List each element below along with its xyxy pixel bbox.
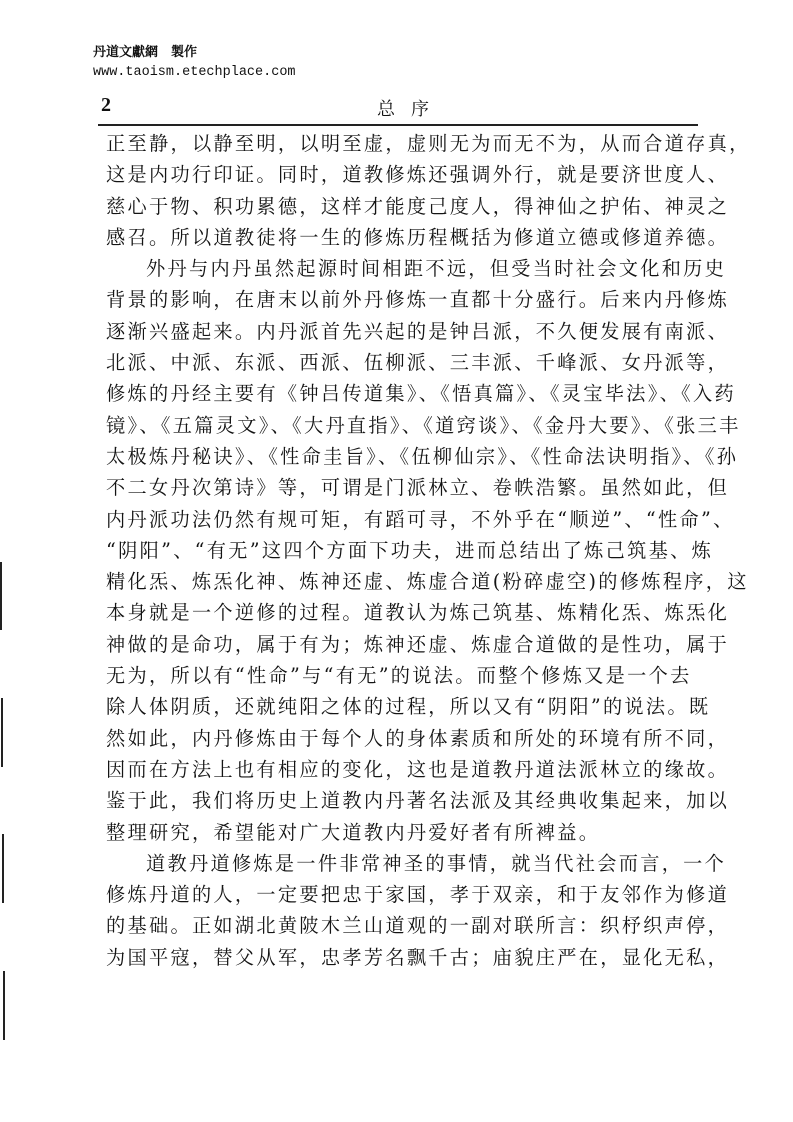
text-line: 无为，所以有“性命”与“有无”的说法。而整个修炼又是一个去 [106,660,706,691]
watermark-site-name: 丹道文獻網 製作 [93,46,296,64]
scan-margin-mark [3,971,5,1040]
text-line: 神做的是命功，属于有为；炼神还虚、炼虚合道做的是性功，属于 [106,629,706,660]
text-line: 北派、中派、东派、西派、伍柳派、三丰派、千峰派、女丹派等， [106,347,706,378]
scan-margin-mark [1,698,3,767]
text-line: 这是内功行印证。同时，道教修炼还强调外行，就是要济世度人、 [106,159,706,190]
text-line: 感召。所以道教徒将一生的修炼历程概括为修道立德或修道养德。 [106,222,706,253]
body-text: 正至静，以静至明，以明至虚，虚则无为而无不为，从而合道存真， 这是内功行印证。同… [106,128,706,973]
text-line: 精化炁、炼炁化神、炼神还虚、炼虚合道(粉碎虚空)的修炼程序，这 [106,566,706,597]
text-line: 整理研究，希望能对广大道教内丹爱好者有所裨益。 [106,817,706,848]
text-line: 正至静，以静至明，以明至虚，虚则无为而无不为，从而合道存真， [106,128,706,159]
text-line: 镜》、《五篇灵文》、《大丹直指》、《道窍谈》、《金丹大要》、《张三丰 [106,410,706,441]
text-line: 修炼的丹经主要有《钟吕传道集》、《悟真篇》、《灵宝毕法》、《入药 [106,378,706,409]
text-line: 除人体阴质，还就纯阳之体的过程，所以又有“阴阳”的说法。既 [106,691,706,722]
watermark-url: www.taoism.etechplace.com [93,66,296,80]
text-line: 背景的影响，在唐末以前外丹修炼一直都十分盛行。后来内丹修炼 [106,284,706,315]
text-line: 鉴于此，我们将历史上道教内丹著名法派及其经典收集起来，加以 [106,785,706,816]
text-line: 然如此，内丹修炼由于每个人的身体素质和所处的环境有所不同， [106,723,706,754]
text-line: 逐渐兴盛起来。内丹派首先兴起的是钟吕派，不久便发展有南派、 [106,316,706,347]
running-head: 2 总序 [98,92,698,126]
text-line: 为国平寇，替父从军，忠孝芳名飘千古；庙貌庄严在，显化无私， [106,942,706,973]
text-line: 的基础。正如湖北黄陂木兰山道观的一副对联所言：织杼织声停， [106,910,706,941]
text-line: “阴阳”、“有无”这四个方面下功夫，进而总结出了炼己筑基、炼 [106,535,706,566]
paragraph-first-line: 外丹与内丹虽然起源时间相距不远，但受当时社会文化和历史 [106,253,706,284]
text-line: 修炼丹道的人，一定要把忠于家国，孝于双亲，和于友邻作为修道 [106,879,706,910]
section-title: 总序 [98,95,698,121]
text-line: 因而在方法上也有相应的变化，这也是道教丹道法派林立的缘故。 [106,754,706,785]
text-line: 本身就是一个逆修的过程。道教认为炼己筑基、炼精化炁、炼炁化 [106,597,706,628]
text-line: 太极炼丹秘诀》、《性命圭旨》、《伍柳仙宗》、《性命法诀明指》、《孙 [106,441,706,472]
text-line: 内丹派功法仍然有规可矩，有蹈可寻，不外乎在“顺逆”、“性命”、 [106,504,706,535]
text-line: 慈心于物、积功累德，这样才能度己度人，得神仙之护佑、神灵之 [106,191,706,222]
watermark: 丹道文獻網 製作 www.taoism.etechplace.com [93,46,296,80]
scan-margin-mark [0,562,2,630]
scan-margin-mark [2,834,4,903]
text-line: 不二女丹次第诗》等，可谓是门派林立、卷帙浩繁。虽然如此，但 [106,472,706,503]
paragraph-first-line: 道教丹道修炼是一件非常神圣的事情，就当代社会而言，一个 [106,848,706,879]
